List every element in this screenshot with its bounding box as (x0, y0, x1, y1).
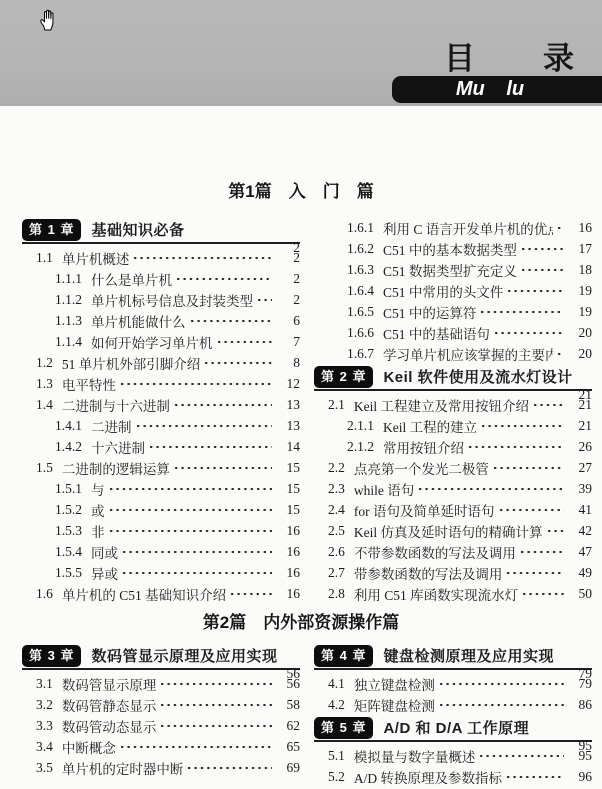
chapter-page-number: 79 (568, 666, 592, 682)
part1-heading: 第1篇 入 门 篇 (0, 177, 602, 202)
toc-entry-page-number: 20 (570, 346, 592, 362)
toc-entry-title: 单片机的定时器中断 (62, 758, 184, 778)
dot-leader (173, 457, 272, 478)
dot-leader (506, 280, 564, 301)
toc-entry-title: 学习单片机应该掌握的主要内容 (383, 344, 553, 364)
dot-leader (438, 694, 564, 715)
toc-entry-number: 1.4.1 (55, 418, 82, 434)
dot-leader (203, 352, 272, 373)
toc-entry-number: 1.5.2 (55, 502, 82, 518)
chapter-badge: 第 1 章 (22, 219, 81, 241)
toc-entry-title: C51 数据类型扩充定义 (383, 260, 517, 280)
chapter-badge: 第 5 章 (314, 717, 373, 739)
toc-entry-title: 中断概念 (62, 737, 116, 757)
toc-entry-title: 51 单片机外部引脚介绍 (62, 353, 200, 373)
toc-column-bottom-right: 第 4 章键盘检测原理及应用实现794.1独立键盘检测794.2矩阵键盘检测86… (314, 643, 592, 787)
toc-entry: 1.1.2单片机标号信息及封装类型2 (22, 289, 300, 310)
dot-leader (479, 301, 564, 322)
toc-entry-title: for 语句及简单延时语句 (354, 500, 495, 520)
dot-leader (175, 268, 272, 289)
toc-entry-number: 1.6.3 (347, 262, 374, 278)
toc-entry-page-number: 8 (278, 355, 300, 371)
toc-entry-number: 2.3 (328, 481, 345, 497)
toc-entry: 3.1数码管显示原理56 (22, 673, 300, 694)
toc-entry-title: 二进制 (91, 416, 132, 436)
toc-entry-number: 1.5.1 (55, 481, 82, 497)
toc-entry-number: 1.1 (36, 250, 53, 266)
toc-entry: 1.6.5C51 中的运算符19 (314, 301, 592, 322)
toc-entry-title: 单片机的 C51 基础知识介绍 (62, 584, 226, 604)
toc-entry-page-number: 15 (278, 502, 300, 518)
dot-leader (467, 436, 564, 457)
toc-entry: 3.3数码管动态显示62 (22, 715, 300, 736)
toc-entry: 1.6单片机的 C51 基础知识介绍16 (22, 583, 300, 604)
toc-entry: 2.2点亮第一个发光二极管27 (314, 457, 592, 478)
chapter-title: A/D 和 D/A 工作原理 (383, 717, 529, 738)
toc-entry-number: 1.6.1 (347, 220, 374, 236)
toc-entry-title: C51 中常用的头文件 (383, 281, 503, 301)
toc-entry: 3.4中断概念65 (22, 736, 300, 757)
dot-leader (108, 499, 273, 520)
toc-entry-title: 数码管静态显示 (62, 695, 157, 715)
toc-entry-page-number: 27 (570, 460, 592, 476)
toc-entry-title: 单片机能做什么 (91, 311, 186, 331)
toc-entry-page-number: 19 (570, 304, 592, 320)
toc-entry-number: 2.1.2 (347, 439, 374, 455)
toc-entry-title: 十六进制 (91, 437, 145, 457)
dot-leader (121, 562, 272, 583)
toc-entry-page-number: 47 (570, 544, 592, 560)
toc-entry-title: 非 (91, 521, 105, 541)
toc-entry-page-number: 18 (570, 262, 592, 278)
toc-entry-number: 2.8 (328, 586, 345, 602)
toc-entry: 1.6.6C51 中的基础语句20 (314, 322, 592, 343)
chapter-heading: 第 5 章A/D 和 D/A 工作原理95 (314, 715, 592, 742)
toc-entry-title: 单片机概述 (62, 248, 130, 268)
toc-entry-title: 二进制的逻辑运算 (62, 458, 170, 478)
toc-entry: 4.2矩阵键盘检测86 (314, 694, 592, 715)
chapter-title: 基础知识必备 (91, 219, 184, 240)
chapter-title: 键盘检测原理及应用实现 (383, 645, 554, 666)
toc-entry-title: A/D 转换原理及参数指标 (354, 767, 502, 787)
toc-entry-title: Keil 工程建立及常用按钮介绍 (354, 395, 529, 415)
toc-entry-number: 1.6.7 (347, 346, 374, 362)
toc-entry: 2.3while 语句39 (314, 478, 592, 499)
toc-entry-number: 3.5 (36, 760, 53, 776)
toc-entry-page-number: 6 (278, 313, 300, 329)
dot-leader (521, 583, 564, 604)
toc-entry-page-number: 96 (570, 769, 592, 785)
toc-entry-page-number: 17 (570, 241, 592, 257)
dot-leader (159, 694, 272, 715)
dot-leader (135, 415, 273, 436)
toc-entry-page-number: 42 (570, 523, 592, 539)
toc-entry-page-number: 2 (278, 271, 300, 287)
toc-entry: 1.251 单片机外部引脚介绍8 (22, 352, 300, 373)
toc-entry-number: 1.6.2 (347, 241, 374, 257)
toc-entry: 2.1.2常用按钮介绍26 (314, 436, 592, 457)
chapter-badge: 第 4 章 (314, 645, 373, 667)
toc-entry-number: 1.6.5 (347, 304, 374, 320)
toc-entry: 1.5二进制的逻辑运算15 (22, 457, 300, 478)
toc-entry-page-number: 16 (278, 523, 300, 539)
toc-entry-title: 带参数函数的写法及调用 (354, 563, 503, 583)
toc-entry: 1.6.2C51 中的基本数据类型17 (314, 238, 592, 259)
toc-entry: 1.6.4C51 中常用的头文件19 (314, 280, 592, 301)
page-title: 目 录 (444, 33, 576, 78)
toc-entry-number: 2.1 (328, 397, 345, 413)
toc-entry: 3.2数码管静态显示58 (22, 694, 300, 715)
chapter-page-number: 56 (276, 666, 300, 682)
dot-leader (505, 562, 564, 583)
toc-entry-number: 1.5.5 (55, 565, 82, 581)
toc-entry-number: 3.3 (36, 718, 53, 734)
toc-entry-page-number: 12 (278, 376, 300, 392)
toc-column-top-left: 第 1 章基础知识必备21.1单片机概述21.1.1什么是单片机21.1.2单片… (22, 217, 300, 604)
header-band: 目 录 Mu lu (0, 0, 602, 106)
toc-entry: 4.1独立键盘检测79 (314, 673, 592, 694)
toc-entry-title: 同或 (91, 542, 118, 562)
toc-entry: 2.7带参数函数的写法及调用49 (314, 562, 592, 583)
toc-entry-title: 电平特性 (62, 374, 116, 394)
dot-leader (438, 673, 564, 694)
toc-entry-title: 什么是单片机 (91, 269, 172, 289)
toc-entry-number: 2.6 (328, 544, 345, 560)
toc-entry-page-number: 19 (570, 283, 592, 299)
dot-leader (520, 259, 564, 280)
toc-entry-page-number: 13 (278, 418, 300, 434)
toc-entry-title: C51 中的运算符 (383, 302, 476, 322)
toc-entry-page-number: 49 (570, 565, 592, 581)
pinyin-bar: Mu lu (392, 76, 602, 103)
chapter-page-number: 2 (276, 240, 300, 256)
toc-entry-page-number: 16 (278, 544, 300, 560)
toc-entry: 1.6.7学习单片机应该掌握的主要内容20 (314, 343, 592, 364)
toc-entry-number: 2.2 (328, 460, 345, 476)
toc-entry-page-number: 41 (570, 502, 592, 518)
dot-leader (480, 415, 564, 436)
toc-entry: 1.1.4如何开始学习单片机7 (22, 331, 300, 352)
toc-entry: 2.6不带参数函数的写法及调用47 (314, 541, 592, 562)
toc-entry-page-number: 21 (570, 418, 592, 434)
toc-entry: 2.4for 语句及简单延时语句41 (314, 499, 592, 520)
dot-leader (108, 520, 273, 541)
toc-entry-number: 3.1 (36, 676, 53, 692)
dot-leader (189, 310, 273, 331)
dot-leader (216, 331, 273, 352)
toc-entry-title: 二进制与十六进制 (62, 395, 170, 415)
dot-leader (520, 238, 564, 259)
toc-entry-page-number: 69 (278, 760, 300, 776)
toc-entry-page-number: 65 (278, 739, 300, 755)
toc-entry-title: 异或 (91, 563, 118, 583)
toc-entry: 2.5Keil 仿真及延时语句的精确计算42 (314, 520, 592, 541)
toc-entry-page-number: 50 (570, 586, 592, 602)
toc-entry-number: 1.1.4 (55, 334, 82, 350)
toc-entry: 2.1.1Keil 工程的建立21 (314, 415, 592, 436)
dot-leader (108, 478, 273, 499)
toc-entry-number: 5.2 (328, 769, 345, 785)
toc-entry: 1.5.4同或16 (22, 541, 300, 562)
toc-entry-title: Keil 仿真及延时语句的精确计算 (354, 521, 543, 541)
toc-entry-page-number: 20 (570, 325, 592, 341)
toc-entry: 1.1单片机概述2 (22, 247, 300, 268)
dot-leader (148, 436, 272, 457)
dot-leader (519, 541, 564, 562)
toc-entry: 1.1.1什么是单片机2 (22, 268, 300, 289)
toc-entry-page-number: 7 (278, 334, 300, 350)
toc-entry-number: 2.5 (328, 523, 345, 539)
chapter-title: Keil 软件使用及流水灯设计 (383, 366, 572, 387)
toc-entry-number: 4.2 (328, 697, 345, 713)
chapter-heading: 第 4 章键盘检测原理及应用实现79 (314, 643, 592, 670)
toc-entry-title: C51 中的基础语句 (383, 323, 490, 343)
dot-leader (159, 715, 272, 736)
pinyin-text: Mu lu (456, 78, 538, 101)
hand-cursor-icon (37, 7, 59, 31)
dot-leader (532, 394, 564, 415)
toc-entry-number: 3.4 (36, 739, 53, 755)
toc-entry: 1.4二进制与十六进制13 (22, 394, 300, 415)
chapter-heading: 第 3 章数码管显示原理及应用实现56 (22, 643, 300, 670)
toc-entry: 5.2A/D 转换原理及参数指标96 (314, 766, 592, 787)
dot-leader (229, 583, 272, 604)
toc-entry-number: 3.2 (36, 697, 53, 713)
chapter-badge: 第 2 章 (314, 366, 373, 388)
dot-leader (186, 757, 272, 778)
toc-entry: 2.8利用 C51 库函数实现流水灯50 (314, 583, 592, 604)
toc-entry-page-number: 2 (278, 292, 300, 308)
toc-entry-page-number: 58 (278, 697, 300, 713)
toc-entry-title: 数码管显示原理 (62, 674, 157, 694)
toc-entry: 1.6.1利用 C 语言开发单片机的优点16 (314, 217, 592, 238)
toc-entry-number: 5.1 (328, 748, 345, 764)
toc-entry-title: 与 (91, 479, 105, 499)
toc-entry-number: 1.5 (36, 460, 53, 476)
dot-leader (505, 766, 564, 787)
toc-entry-title: 点亮第一个发光二极管 (354, 458, 489, 478)
dot-leader (119, 373, 272, 394)
toc-entry-number: 2.4 (328, 502, 345, 518)
toc-entry-number: 2.7 (328, 565, 345, 581)
dot-leader (478, 745, 564, 766)
dot-leader (493, 322, 564, 343)
toc-entry-number: 1.4.2 (55, 439, 82, 455)
toc-entry: 1.3电平特性12 (22, 373, 300, 394)
toc-entry-title: 独立键盘检测 (354, 674, 435, 694)
toc-columns-top: 第 1 章基础知识必备21.1单片机概述21.1.1什么是单片机21.1.2单片… (22, 217, 592, 604)
chapter-heading: 第 1 章基础知识必备2 (22, 217, 300, 244)
toc-entry-title: C51 中的基本数据类型 (383, 239, 517, 259)
toc-entry-page-number: 13 (278, 397, 300, 413)
toc-entry-title: 单片机标号信息及封装类型 (91, 290, 253, 310)
toc-entry-title: 利用 C51 库函数实现流水灯 (354, 584, 518, 604)
toc-columns-bottom: 第 3 章数码管显示原理及应用实现563.1数码管显示原理563.2数码管静态显… (22, 643, 592, 787)
toc-entry: 1.5.2或15 (22, 499, 300, 520)
dot-leader (556, 343, 564, 364)
toc-entry-page-number: 14 (278, 439, 300, 455)
toc-entry-number: 2.1.1 (347, 418, 374, 434)
toc-entry-title: 如何开始学习单片机 (91, 332, 213, 352)
toc-entry: 1.1.3单片机能做什么6 (22, 310, 300, 331)
chapter-heading: 第 2 章Keil 软件使用及流水灯设计21 (314, 364, 592, 391)
toc-entry-title: 不带参数函数的写法及调用 (354, 542, 516, 562)
toc-entry: 2.1Keil 工程建立及常用按钮介绍21 (314, 394, 592, 415)
toc-entry: 1.4.1二进制13 (22, 415, 300, 436)
toc-entry: 5.1模拟量与数字量概述95 (314, 745, 592, 766)
toc-entry-page-number: 39 (570, 481, 592, 497)
toc-entry: 1.5.3非16 (22, 520, 300, 541)
toc-entry: 1.4.2十六进制14 (22, 436, 300, 457)
toc-entry-title: while 语句 (354, 479, 414, 499)
toc-entry-title: 矩阵键盘检测 (354, 695, 435, 715)
toc-entry-page-number: 26 (570, 439, 592, 455)
toc-entry: 1.5.5异或16 (22, 562, 300, 583)
toc-entry: 1.5.1与15 (22, 478, 300, 499)
chapter-page-number: 95 (568, 738, 592, 754)
dot-leader (498, 499, 565, 520)
dot-leader (119, 736, 272, 757)
part2-heading: 第2篇 内外部资源操作篇 (0, 608, 602, 633)
toc-entry-page-number: 16 (278, 565, 300, 581)
toc-entry-title: 或 (91, 500, 105, 520)
toc-entry: 3.5单片机的定时器中断69 (22, 757, 300, 778)
chapter-badge: 第 3 章 (22, 645, 81, 667)
toc-entry-page-number: 15 (278, 460, 300, 476)
toc-entry-page-number: 62 (278, 718, 300, 734)
dot-leader (132, 247, 272, 268)
dot-leader (159, 673, 272, 694)
chapter-page-number: 21 (568, 387, 592, 403)
toc-entry-number: 1.6.6 (347, 325, 374, 341)
toc-entry-number: 1.5.4 (55, 544, 82, 560)
toc-entry-number: 1.5.3 (55, 523, 82, 539)
toc-entry-title: 常用按钮介绍 (383, 437, 464, 457)
toc-entry-page-number: 16 (278, 586, 300, 602)
dot-leader (417, 478, 564, 499)
dot-leader (121, 541, 272, 562)
toc-entry-title: Keil 工程的建立 (383, 416, 477, 436)
toc-entry-number: 1.3 (36, 376, 53, 392)
toc-entry-number: 1.2 (36, 355, 53, 371)
toc-entry-number: 1.6 (36, 586, 53, 602)
dot-leader (556, 217, 564, 238)
dot-leader (546, 520, 565, 541)
toc-entry-page-number: 86 (570, 697, 592, 713)
toc-column-bottom-left: 第 3 章数码管显示原理及应用实现563.1数码管显示原理563.2数码管静态显… (22, 643, 300, 787)
toc-entry-title: 数码管动态显示 (62, 716, 157, 736)
toc-entry-number: 1.6.4 (347, 283, 374, 299)
toc-entry-number: 1.4 (36, 397, 53, 413)
toc-entry-page-number: 15 (278, 481, 300, 497)
dot-leader (173, 394, 272, 415)
toc-page: 目 录 Mu lu 第1篇 入 门 篇 第 1 章基础知识必备21.1单片机概述… (0, 0, 602, 789)
toc-entry: 1.6.3C51 数据类型扩充定义18 (314, 259, 592, 280)
toc-entry-page-number: 16 (570, 220, 592, 236)
dot-leader (256, 289, 272, 310)
toc-entry-title: 利用 C 语言开发单片机的优点 (383, 218, 553, 238)
chapter-title: 数码管显示原理及应用实现 (91, 645, 277, 666)
toc-entry-number: 4.1 (328, 676, 345, 692)
toc-entry-number: 1.1.1 (55, 271, 82, 287)
dot-leader (492, 457, 564, 478)
toc-column-top-right: 1.6.1利用 C 语言开发单片机的优点161.6.2C51 中的基本数据类型1… (314, 217, 592, 604)
toc-entry-number: 1.1.2 (55, 292, 82, 308)
toc-entry-title: 模拟量与数字量概述 (354, 746, 476, 766)
toc-entry-number: 1.1.3 (55, 313, 82, 329)
